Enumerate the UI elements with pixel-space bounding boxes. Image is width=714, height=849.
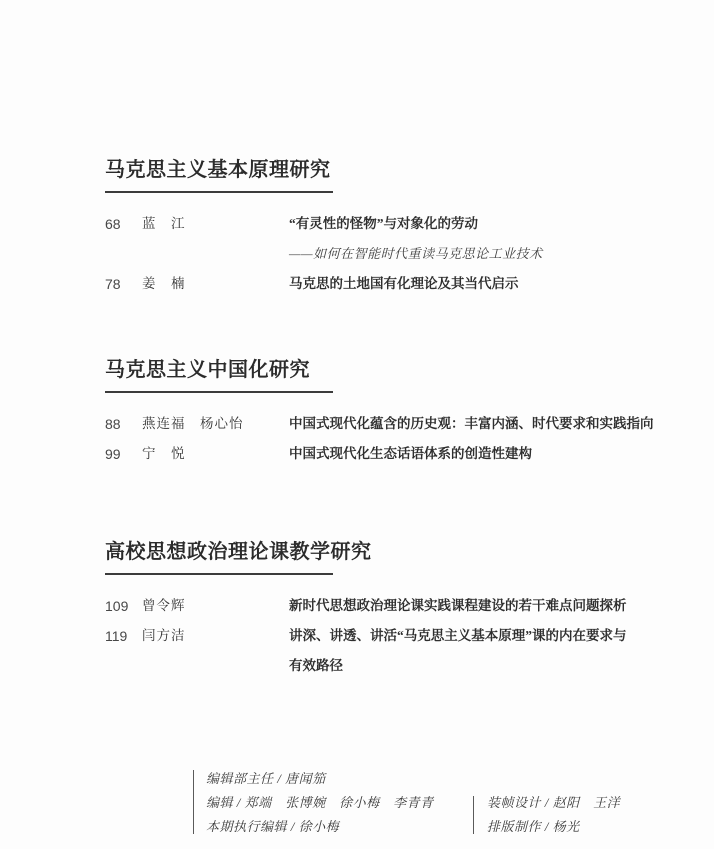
entry-title: 新时代思想政治理论课实践课程建设的若干难点问题探析 xyxy=(289,591,661,621)
entry-title-block: 马克思的土地国有化理论及其当代启示 xyxy=(289,269,661,299)
footer-editorial-staff: 编辑部主任 / 唐闻笳 编辑 / 郑端 张博婉 徐小梅 李青青 本期执行编辑 /… xyxy=(206,767,434,839)
entry-authors: 燕连福 杨心怡 xyxy=(142,409,289,439)
journal-toc-page: 马克思主义基本原理研究 68 蓝 江 “有灵性的怪物”与对象化的劳动 ——如何在… xyxy=(0,0,714,849)
section-marxism-sinicization: 马克思主义中国化研究 88 燕连福 杨心怡 中国式现代化蕴含的历史观：丰富内涵、… xyxy=(105,356,665,469)
entry-subtitle: ——如何在智能时代重读马克思论工业技术 xyxy=(289,239,661,269)
section-heading: 马克思主义中国化研究 xyxy=(105,356,665,384)
toc-entry: 99 宁 悦 中国式现代化生态话语体系的创造性建构 xyxy=(105,439,665,469)
entry-title-line-1: 讲深、讲透、讲活“马克思主义基本原理”课的内在要求与 xyxy=(289,621,661,651)
entry-title-block: 新时代思想政治理论课实践课程建设的若干难点问题探析 xyxy=(289,591,661,621)
heading-underline xyxy=(105,573,333,575)
entry-title: “有灵性的怪物”与对象化的劳动 xyxy=(289,209,661,239)
toc-entry: 88 燕连福 杨心怡 中国式现代化蕴含的历史观：丰富内涵、时代要求和实践指向 xyxy=(105,409,665,439)
toc-entry: 78 姜 楠 马克思的土地国有化理论及其当代启示 xyxy=(105,269,665,299)
section-heading: 高校思想政治理论课教学研究 xyxy=(105,538,665,566)
footer-typesetting: 排版制作 / 杨光 xyxy=(487,815,620,839)
page-number: 119 xyxy=(105,621,142,651)
footer-binding-design: 装帧设计 / 赵阳 王洋 xyxy=(487,791,620,815)
section-marxism-basic-principles: 马克思主义基本原理研究 68 蓝 江 “有灵性的怪物”与对象化的劳动 ——如何在… xyxy=(105,156,665,299)
page-number: 68 xyxy=(105,209,142,239)
entry-title-block: 讲深、讲透、讲活“马克思主义基本原理”课的内在要求与 有效路径 xyxy=(289,621,661,681)
heading-underline xyxy=(105,191,333,193)
footer-editor-in-chief: 编辑部主任 / 唐闻笳 xyxy=(206,767,434,791)
entry-title-block: 中国式现代化生态话语体系的创造性建构 xyxy=(289,439,661,469)
entry-authors: 宁 悦 xyxy=(142,439,289,469)
footer-divider-line xyxy=(473,796,474,834)
entry-title: 中国式现代化蕴含的历史观：丰富内涵、时代要求和实践指向 xyxy=(289,409,661,439)
section-entries: 109 曾令辉 新时代思想政治理论课实践课程建设的若干难点问题探析 119 闫方… xyxy=(105,591,665,681)
footer-executive-editor: 本期执行编辑 / 徐小梅 xyxy=(206,815,434,839)
entry-title: 中国式现代化生态话语体系的创造性建构 xyxy=(289,439,661,469)
section-ideological-political-teaching: 高校思想政治理论课教学研究 109 曾令辉 新时代思想政治理论课实践课程建设的若… xyxy=(105,538,665,681)
page-number: 109 xyxy=(105,591,142,621)
section-heading: 马克思主义基本原理研究 xyxy=(105,156,665,184)
footer-design-staff: 装帧设计 / 赵阳 王洋 排版制作 / 杨光 xyxy=(487,791,620,839)
page-number: 99 xyxy=(105,439,142,469)
section-entries: 88 燕连福 杨心怡 中国式现代化蕴含的历史观：丰富内涵、时代要求和实践指向 9… xyxy=(105,409,665,469)
toc-entry: 68 蓝 江 “有灵性的怪物”与对象化的劳动 ——如何在智能时代重读马克思论工业… xyxy=(105,209,665,269)
entry-authors: 蓝 江 xyxy=(142,209,289,239)
entry-authors: 曾令辉 xyxy=(142,591,289,621)
entry-authors: 姜 楠 xyxy=(142,269,289,299)
entry-title: 马克思的土地国有化理论及其当代启示 xyxy=(289,269,661,299)
section-entries: 68 蓝 江 “有灵性的怪物”与对象化的劳动 ——如何在智能时代重读马克思论工业… xyxy=(105,209,665,299)
toc-entry: 119 闫方洁 讲深、讲透、讲活“马克思主义基本原理”课的内在要求与 有效路径 xyxy=(105,621,665,681)
entry-title-block: “有灵性的怪物”与对象化的劳动 ——如何在智能时代重读马克思论工业技术 xyxy=(289,209,661,269)
entry-title-block: 中国式现代化蕴含的历史观：丰富内涵、时代要求和实践指向 xyxy=(289,409,661,439)
heading-underline xyxy=(105,391,333,393)
page-number: 78 xyxy=(105,269,142,299)
footer-editors: 编辑 / 郑端 张博婉 徐小梅 李青青 xyxy=(206,791,434,815)
entry-authors: 闫方洁 xyxy=(142,621,289,651)
page-number: 88 xyxy=(105,409,142,439)
entry-title-line-2: 有效路径 xyxy=(289,651,661,681)
footer-divider-line xyxy=(193,770,194,834)
toc-entry: 109 曾令辉 新时代思想政治理论课实践课程建设的若干难点问题探析 xyxy=(105,591,665,621)
